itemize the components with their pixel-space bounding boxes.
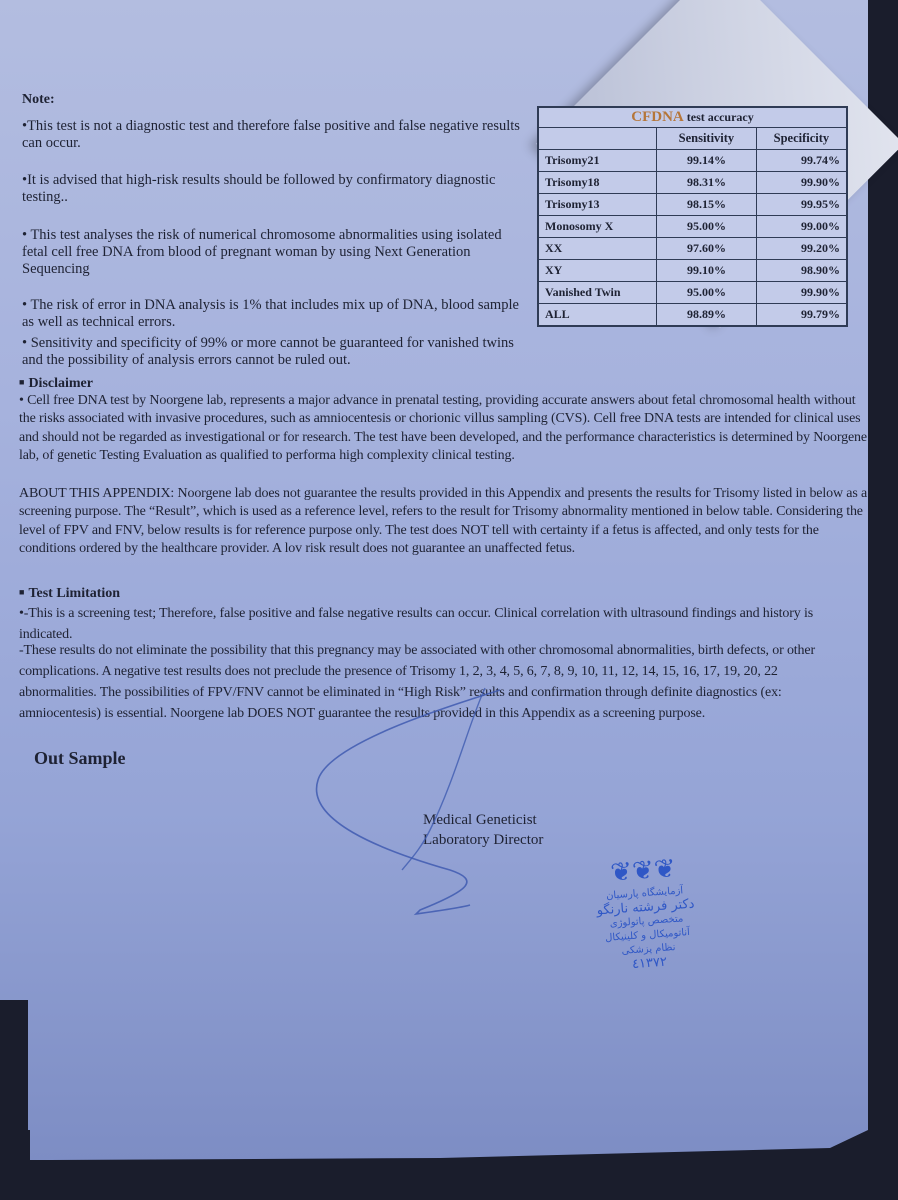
column-header-sensitivity: Sensitivity xyxy=(657,128,757,150)
sensitivity-cell: 98.31% xyxy=(657,172,757,194)
row-label: Trisomy21 xyxy=(538,150,657,172)
sensitivity-cell: 95.00% xyxy=(657,216,757,238)
note-bullet-4: • The risk of error in DNA analysis is 1… xyxy=(22,297,522,331)
table-row: XY99.10%98.90% xyxy=(538,260,847,282)
test-limitation-para-1: •-This is a screening test; Therefore, f… xyxy=(19,603,855,645)
sensitivity-cell: 98.89% xyxy=(657,304,757,327)
specificity-cell: 99.79% xyxy=(756,304,847,327)
row-label: XX xyxy=(538,238,657,260)
sensitivity-cell: 99.10% xyxy=(657,260,757,282)
sensitivity-cell: 95.00% xyxy=(657,282,757,304)
lab-stamp: ❦❦❦ آزمایشگاه پارسیان دکتر فرشته نارنگو … xyxy=(592,852,700,975)
appendix-text: ABOUT THIS APPENDIX: Noorgene lab does n… xyxy=(19,485,871,559)
column-header-specificity: Specificity xyxy=(756,128,847,150)
specificity-cell: 98.90% xyxy=(756,260,847,282)
square-bullet-icon: ■ xyxy=(19,377,24,387)
note-bullet-2: •It is advised that high-risk results sh… xyxy=(22,172,522,206)
row-label: XY xyxy=(538,260,657,282)
row-label: ALL xyxy=(538,304,657,327)
row-label: Trisomy13 xyxy=(538,194,657,216)
test-limitation-para-2: -These results do not eliminate the poss… xyxy=(19,640,855,724)
specificity-cell: 99.74% xyxy=(756,150,847,172)
note-heading: Note: xyxy=(22,91,55,108)
cfdna-accuracy-table: CFDNA test accuracy Sensitivity Specific… xyxy=(537,106,848,327)
table-row: Trisomy1398.15%99.95% xyxy=(538,194,847,216)
table-row: Trisomy2199.14%99.74% xyxy=(538,150,847,172)
signature-title-1: Medical Geneticist xyxy=(423,812,537,829)
disclaimer-body: • Cell free DNA test by Noorgene lab, re… xyxy=(19,392,871,466)
table-row: ALL98.89%99.79% xyxy=(538,304,847,327)
specificity-cell: 99.95% xyxy=(756,194,847,216)
column-header-empty xyxy=(538,128,657,150)
table-row: XX97.60%99.20% xyxy=(538,238,847,260)
square-bullet-icon: ■ xyxy=(19,587,24,597)
sensitivity-cell: 99.14% xyxy=(657,150,757,172)
specificity-cell: 99.20% xyxy=(756,238,847,260)
table-row: Monosomy X95.00%99.00% xyxy=(538,216,847,238)
row-label: Trisomy18 xyxy=(538,172,657,194)
note-bullet-1: •This test is not a diagnostic test and … xyxy=(22,118,522,152)
specificity-cell: 99.00% xyxy=(756,216,847,238)
table-title: CFDNA test accuracy xyxy=(538,107,847,128)
sensitivity-cell: 97.60% xyxy=(657,238,757,260)
table-row: Vanished Twin95.00%99.90% xyxy=(538,282,847,304)
table-row: Trisomy1898.31%99.90% xyxy=(538,172,847,194)
disclaimer-heading: ■Disclaimer xyxy=(19,374,93,392)
row-label: Monosomy X xyxy=(538,216,657,238)
out-sample-label: Out Sample xyxy=(34,750,126,767)
sensitivity-cell: 98.15% xyxy=(657,194,757,216)
specificity-cell: 99.90% xyxy=(756,282,847,304)
row-label: Vanished Twin xyxy=(538,282,657,304)
note-bullet-5: • Sensitivity and specificity of 99% or … xyxy=(22,335,522,369)
signature-title-2: Laboratory Director xyxy=(423,832,543,849)
test-limitation-heading: ■Test Limitation xyxy=(19,584,120,602)
note-bullet-3: • This test analyses the risk of numeric… xyxy=(22,227,522,278)
background-surface xyxy=(0,1000,28,1200)
specificity-cell: 99.90% xyxy=(756,172,847,194)
